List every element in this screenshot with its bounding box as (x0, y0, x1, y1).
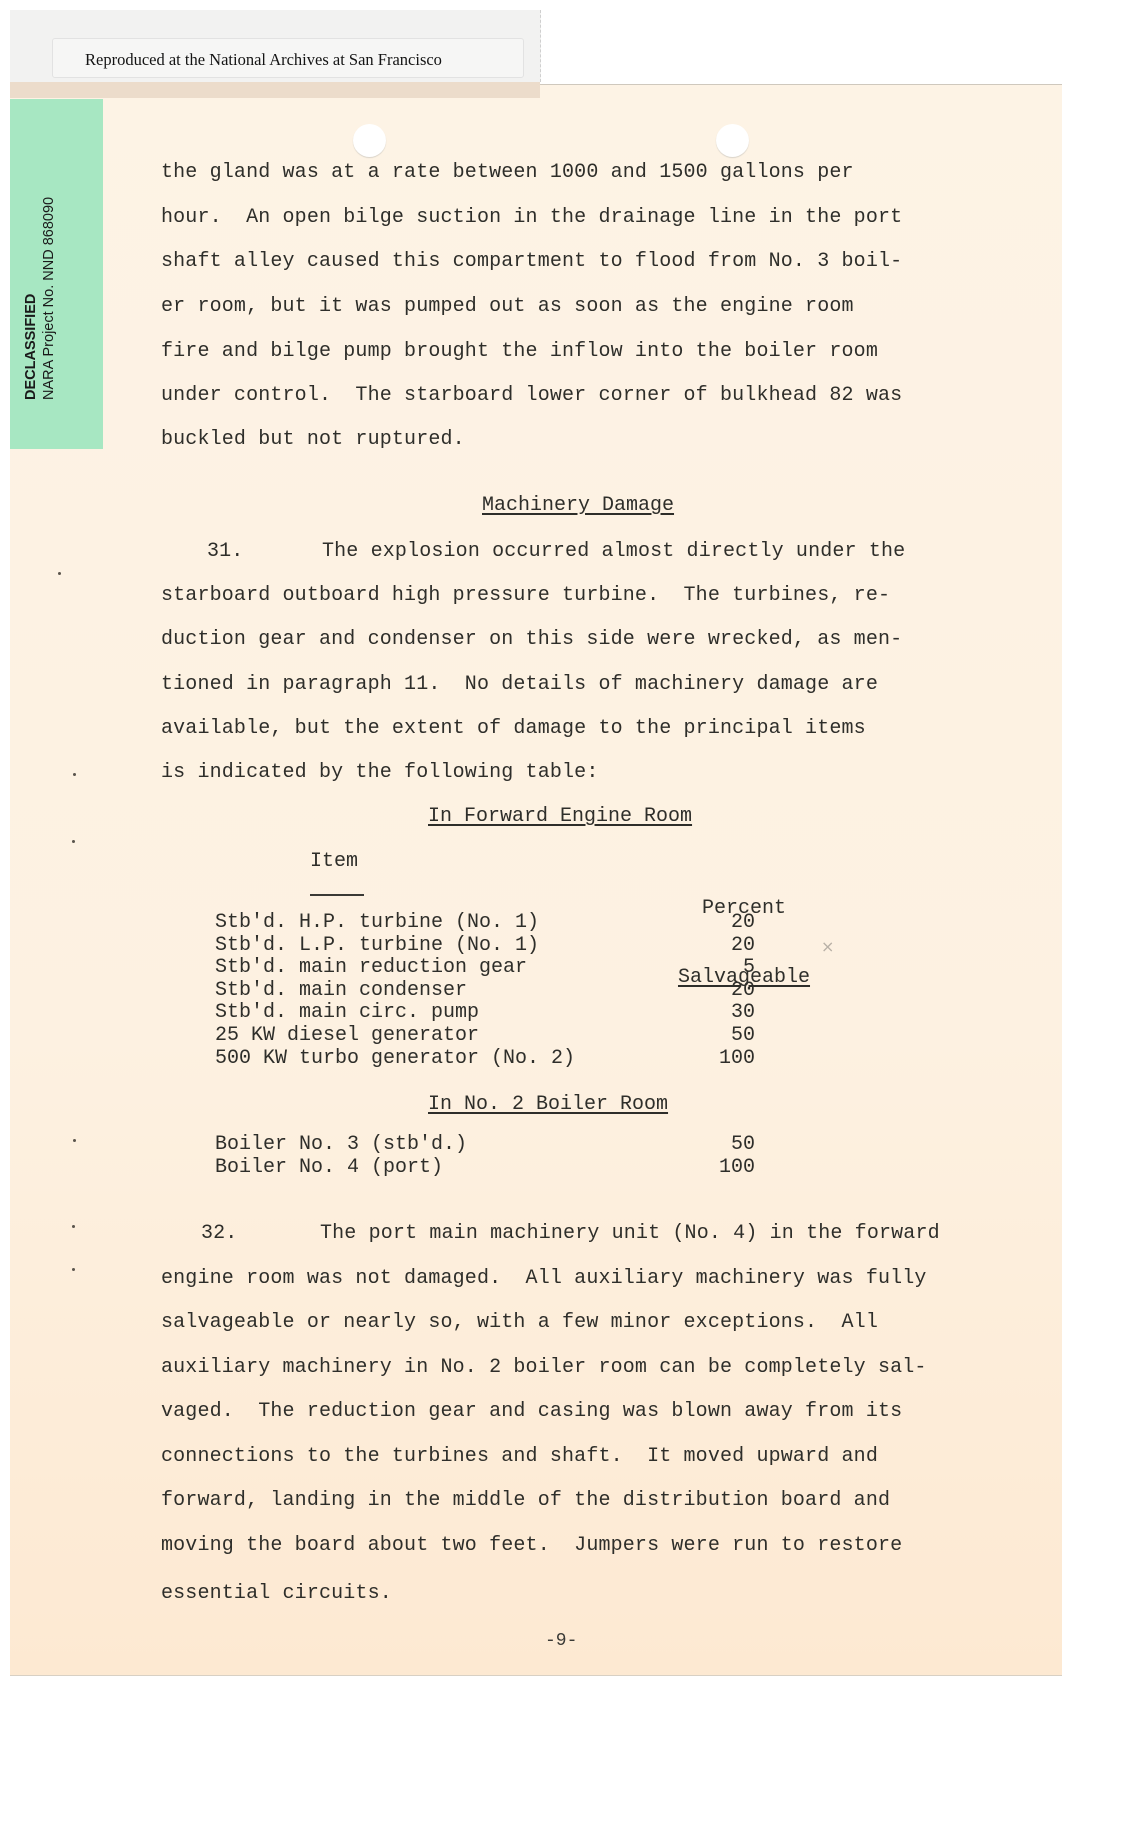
text-line: engine room was not damaged. All auxilia… (161, 1267, 927, 1290)
declassified-label: DECLASSIFIED (22, 197, 40, 400)
scan-speck (72, 1268, 75, 1271)
archive-header-strip: Reproduced at the National Archives at S… (10, 10, 541, 82)
scan-speck (58, 572, 61, 575)
table-row: Stb'd. main circ. pump30 (215, 1002, 755, 1024)
text-line: duction gear and condenser on this side … (161, 628, 902, 651)
item-underline-rule (310, 894, 364, 896)
text-line: available, but the extent of damage to t… (161, 717, 866, 740)
punch-hole-left (353, 124, 386, 157)
paragraph-number: 31. (207, 540, 243, 563)
text-line: connections to the turbines and shaft. I… (161, 1445, 878, 1468)
table-cell-percent: 5 (743, 957, 755, 979)
table-cell-item: Stb'd. H.P. turbine (No. 1) (215, 911, 539, 934)
table-cell-item: Boiler No. 3 (stb'd.) (215, 1133, 467, 1156)
page-top-edge (540, 84, 1062, 85)
table-cell-percent: 20 (731, 980, 755, 1002)
table-row: Boiler No. 3 (stb'd.)50 (215, 1134, 755, 1156)
text-line: fire and bilge pump brought the inflow i… (161, 340, 878, 363)
text-line: tioned in paragraph 11. No details of ma… (161, 673, 878, 696)
table-row: Stb'd. main condenser20 (215, 980, 755, 1002)
table-row: Boiler No. 4 (port)100 (215, 1157, 755, 1179)
text-line: starboard outboard high pressure turbine… (161, 584, 890, 607)
table-cell-item: Stb'd. main circ. pump (215, 1001, 479, 1024)
scan-speck (73, 1139, 76, 1142)
text-line: salvageable or nearly so, with a few min… (161, 1311, 878, 1334)
table-cell-item: Stb'd. main condenser (215, 979, 467, 1002)
table-row: Stb'd. H.P. turbine (No. 1)20 (215, 912, 755, 934)
table-heading-boiler-room: In No. 2 Boiler Room (428, 1093, 668, 1116)
stray-pencil-mark: × (821, 937, 834, 956)
text-line: forward, landing in the middle of the di… (161, 1489, 890, 1512)
table-cell-item: Boiler No. 4 (port) (215, 1156, 443, 1179)
table-row: 25 KW diesel generator50 (215, 1025, 755, 1047)
document-page (10, 85, 1062, 1675)
table-cell-percent: 20 (731, 912, 755, 934)
text-line: shaft alley caused this compartment to f… (161, 250, 902, 273)
column-header-item: Item (310, 850, 358, 873)
archive-label-box: Reproduced at the National Archives at S… (52, 38, 524, 78)
text-line: vaged. The reduction gear and casing was… (161, 1400, 902, 1423)
text-line: er room, but it was pumped out as soon a… (161, 295, 854, 318)
text-line: auxiliary machinery in No. 2 boiler room… (161, 1356, 927, 1379)
scan-speck (72, 840, 75, 843)
punch-hole-right (716, 124, 749, 157)
table-cell-percent: 50 (731, 1025, 755, 1047)
tape-band (10, 82, 540, 98)
text-line: is indicated by the following table: (161, 761, 598, 784)
table-cell-percent: 100 (719, 1157, 755, 1179)
text-line: hour. An open bilge suction in the drain… (161, 206, 902, 229)
nara-project-number: NARA Project No. NND 868090 (40, 197, 58, 400)
paragraph-number: 32. (201, 1222, 237, 1245)
table-row: Stb'd. L.P. turbine (No. 1)20 (215, 935, 755, 957)
text-line: The port main machinery unit (No. 4) in … (320, 1222, 940, 1245)
table-cell-item: 25 KW diesel generator (215, 1024, 479, 1047)
section-heading: Machinery Damage (482, 494, 674, 517)
table-row: 500 KW turbo generator (No. 2)100 (215, 1048, 755, 1070)
text-line: the gland was at a rate between 1000 and… (161, 161, 854, 184)
archive-label-text: Reproduced at the National Archives at S… (85, 50, 442, 70)
declassified-stamp: DECLASSIFIED NARA Project No. NND 868090 (22, 197, 58, 400)
table-heading-forward-engine-room: In Forward Engine Room (428, 805, 692, 828)
page-number: -9- (545, 1631, 577, 1651)
scan-speck (73, 773, 76, 776)
text-line: under control. The starboard lower corne… (161, 384, 902, 407)
table-cell-percent: 50 (731, 1134, 755, 1156)
text-line: moving the board about two feet. Jumpers… (161, 1534, 902, 1557)
table-cell-item: 500 KW turbo generator (No. 2) (215, 1047, 575, 1070)
text-line: essential circuits. (161, 1582, 392, 1605)
table-cell-percent: 30 (731, 1002, 755, 1024)
text-line: The explosion occurred almost directly u… (322, 540, 905, 563)
table-cell-item: Stb'd. main reduction gear (215, 956, 527, 979)
text-line: buckled but not ruptured. (161, 428, 465, 451)
scan-speck (72, 1225, 75, 1228)
table-cell-percent: 20 (731, 935, 755, 957)
table-cell-percent: 100 (719, 1048, 755, 1070)
table-row: Stb'd. main reduction gear5 (215, 957, 755, 979)
table-cell-item: Stb'd. L.P. turbine (No. 1) (215, 934, 539, 957)
